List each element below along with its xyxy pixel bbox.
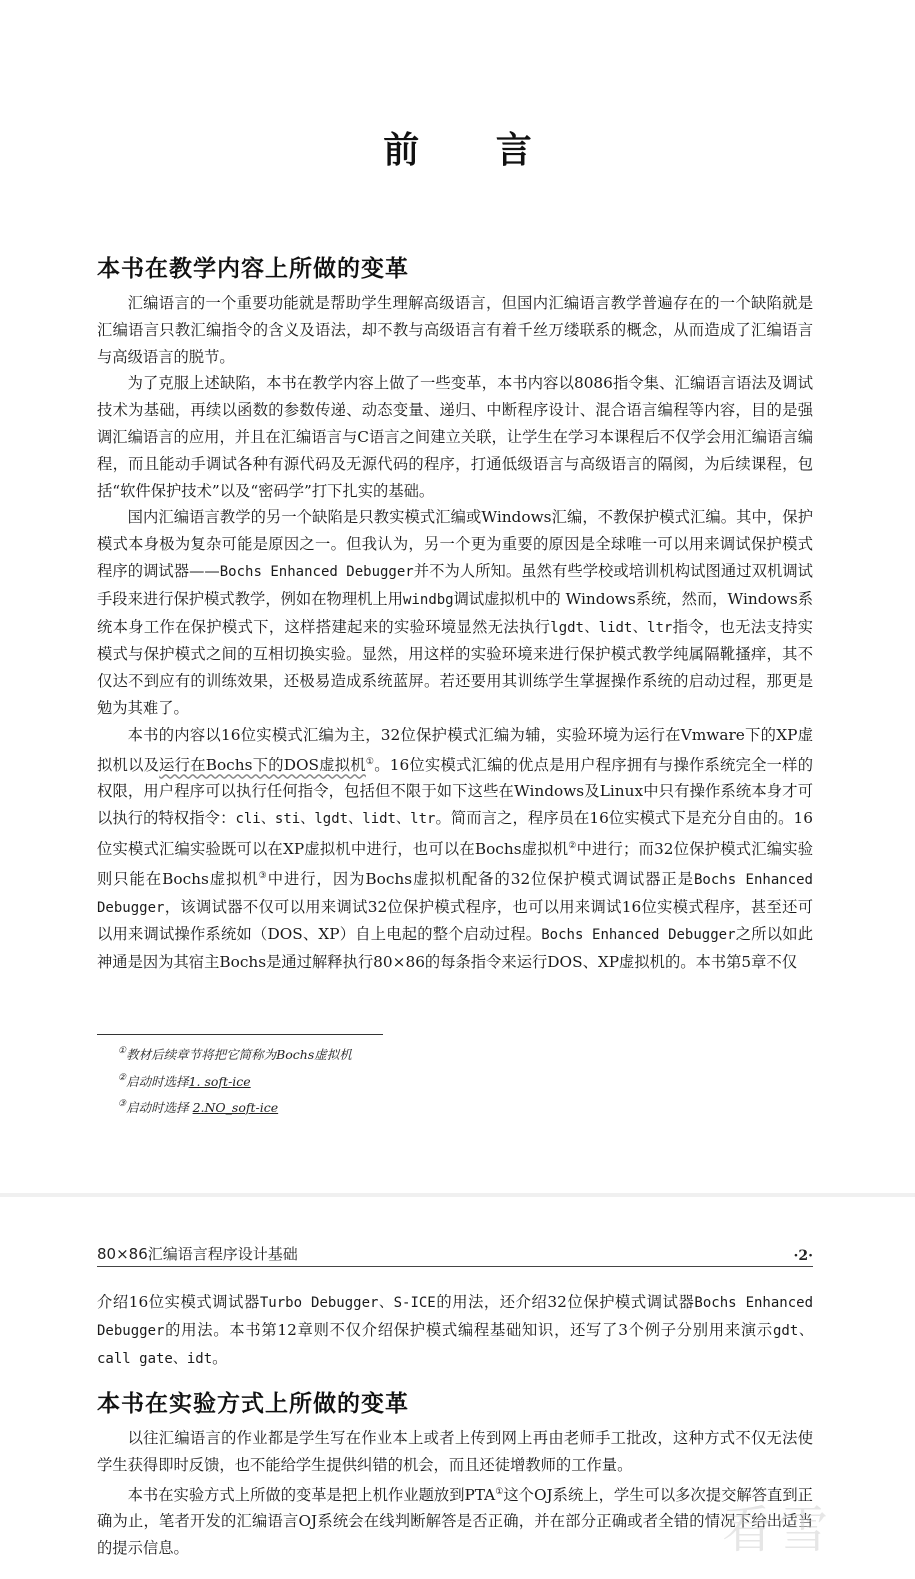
paragraph: 汇编语言的一个重要功能就是帮助学生理解高级语言，但国内汇编语言教学普遍存在的一个… (97, 290, 813, 370)
footnote-ref-2[interactable]: ② (568, 841, 576, 851)
paragraph: 为了克服上述缺陷，本书在教学内容上做了一些变革，本书内容以8086指令集、汇编语… (97, 370, 813, 504)
paragraph: 以往汇编语言的作业都是学生写在作业本上或者上传到网上再由老师手工批改，这种方式不… (97, 1425, 813, 1479)
code-text: Bochs Enhanced Debugger (541, 927, 735, 943)
wavy-underlined-text: 运行在Bochs下的DOS虚拟机 (159, 756, 366, 774)
code-text: windbg (403, 592, 454, 608)
code-text: Bochs Enhanced Debugger (220, 564, 414, 580)
paragraph: 本书的内容以16位实模式汇编为主，32位保护模式汇编为辅，实验环境为运行在Vmw… (97, 722, 813, 976)
footnotes: ①教材后续章节将把它简称为Bochs虚拟机 ②启动时选择1. soft-ice … (118, 1040, 352, 1120)
footnote-divider (97, 1034, 383, 1035)
page-1: 前 言 本书在教学内容上所做的变革 汇编语言的一个重要功能就是帮助学生理解高级语… (0, 0, 915, 1193)
watermark-logo: 看雪 (722, 1495, 912, 1565)
code-text: lgdt、lidt、ltr (550, 620, 672, 636)
footnote-ref-1[interactable]: ① (366, 757, 374, 767)
section-body-experiment-method: 以往汇编语言的作业都是学生写在作业本上或者上传到网上再由老师手工批改，这种方式不… (97, 1425, 813, 1562)
chapter-title: 前 言 (0, 122, 915, 173)
book-title: 80×86汇编语言程序设计基础 (97, 1243, 298, 1264)
paragraph: 国内汇编语言教学的另一个缺陷是只教实模式汇编或Windows汇编，不教保护模式汇… (97, 504, 813, 721)
section-body-teaching-content: 汇编语言的一个重要功能就是帮助学生理解高级语言，但国内汇编语言教学普遍存在的一个… (97, 290, 813, 976)
section-heading-teaching-content: 本书在教学内容上所做的变革 (97, 250, 409, 283)
paragraph: 介绍16位实模式调试器Turbo Debugger、S-ICE的用法，还介绍32… (97, 1289, 813, 1372)
running-header: 80×86汇编语言程序设计基础 ·2· (97, 1244, 813, 1267)
code-text: cli、sti、lgdt、lidt、ltr (235, 811, 435, 827)
continuation-text: 介绍16位实模式调试器Turbo Debugger、S-ICE的用法，还介绍32… (97, 1289, 813, 1372)
footnote-ref-3[interactable]: ③ (259, 871, 268, 881)
footnote-3: ③启动时选择 2.NO_soft-ice (118, 1093, 352, 1120)
footnote-1: ①教材后续章节将把它简称为Bochs虚拟机 (118, 1040, 352, 1067)
page-number: ·2· (794, 1248, 814, 1264)
footnote-2: ②启动时选择1. soft-ice (118, 1067, 352, 1094)
section-heading-experiment-method: 本书在实验方式上所做的变革 (97, 1385, 409, 1418)
paragraph: 本书在实验方式上所做的变革是把上机作业题放到PTA①这个OJ系统上，学生可以多次… (97, 1479, 813, 1562)
